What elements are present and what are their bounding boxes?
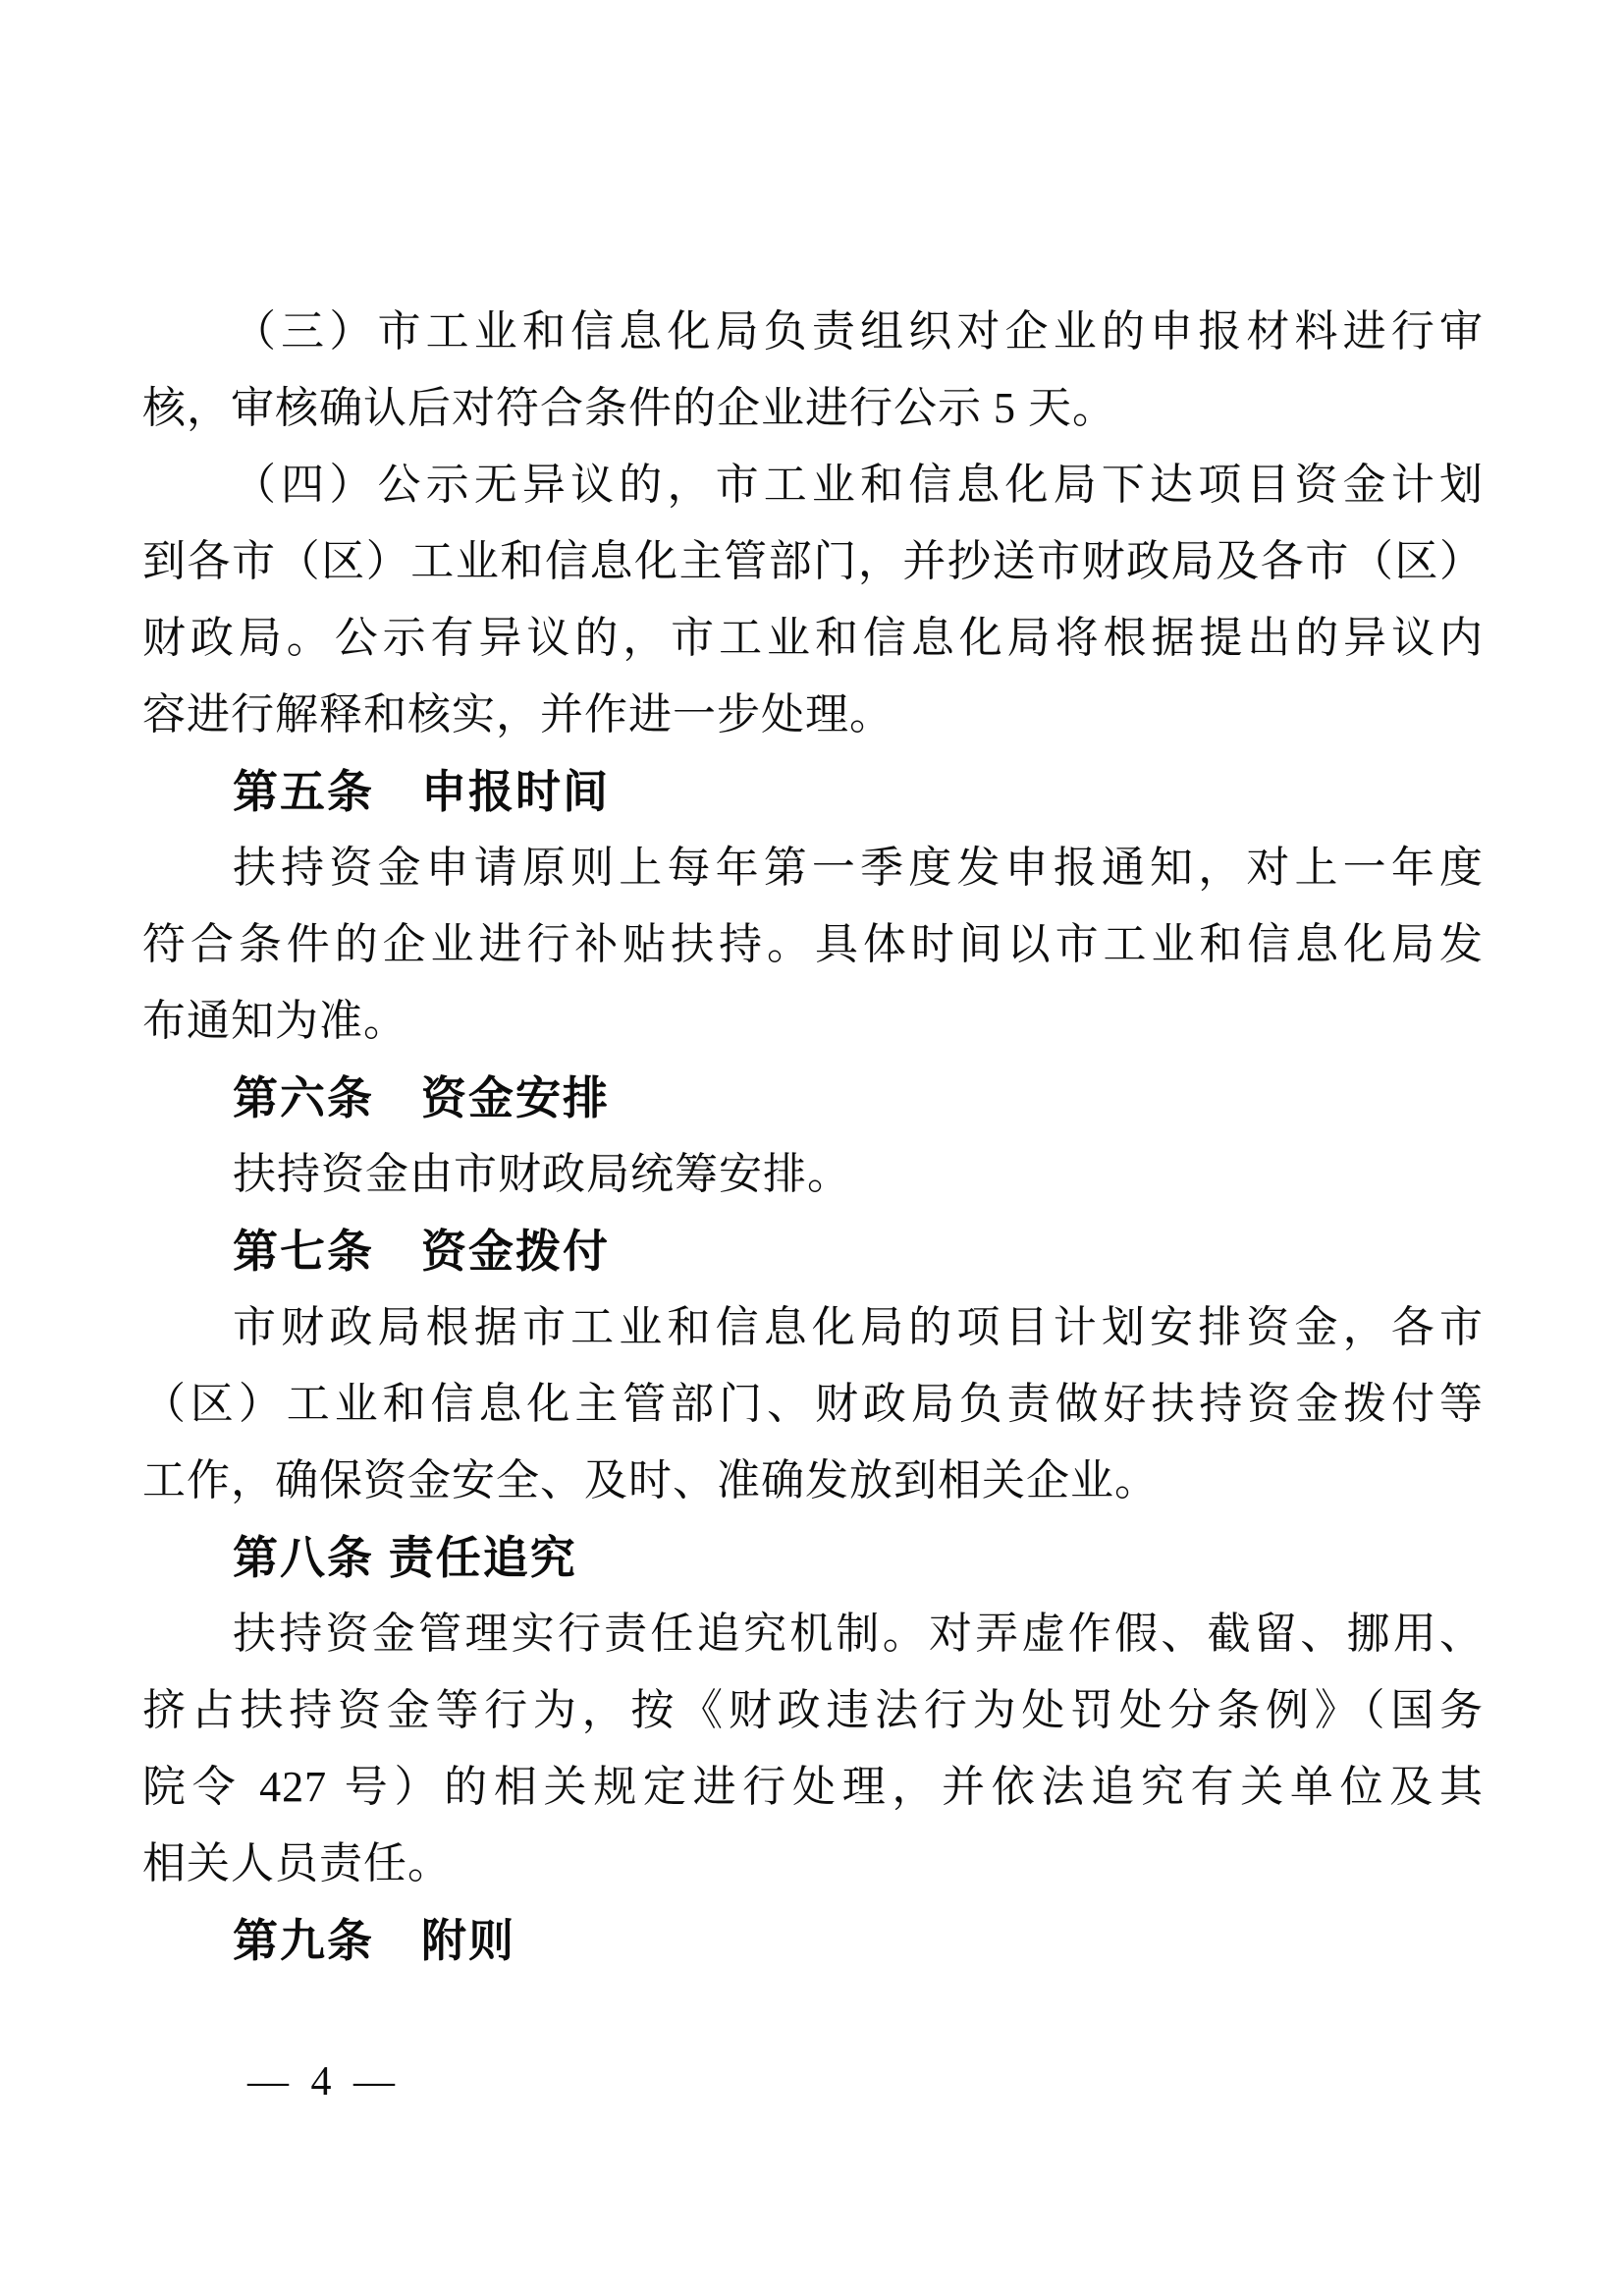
paragraph: 扶持资金申请原则上每年第一季度发申报通知，对上一年度符合条件的企业进行补贴扶持。… xyxy=(142,830,1484,1060)
text-line: 挤占扶持资金等行为，按《财政违法行为处罚处分条例》（国务 xyxy=(142,1672,1484,1749)
text-line: 符合条件的企业进行补贴扶持。具体时间以市工业和信息化局发 xyxy=(142,906,1484,983)
text-line: 扶持资金申请原则上每年第一季度发申报通知，对上一年度 xyxy=(142,830,1484,906)
text-line: 相关人员责任。 xyxy=(142,1826,1484,1902)
text-line: 市财政局根据市工业和信息化局的项目计划安排资金，各市 xyxy=(142,1289,1484,1366)
paragraph: 市财政局根据市工业和信息化局的项目计划安排资金，各市（区）工业和信息化主管部门、… xyxy=(142,1289,1484,1519)
paragraph: 扶持资金由市财政局统筹安排。 xyxy=(142,1136,1484,1213)
section-heading: 第六条 资金安排 xyxy=(142,1060,1484,1136)
section-heading: 第九条 附则 xyxy=(142,1902,1484,1979)
document-content: （三）市工业和信息化局负责组织对企业的申报材料进行审核，审核确认后对符合条件的企… xyxy=(142,294,1484,1979)
text-line: 到各市（区）工业和信息化主管部门，并抄送市财政局及各市（区） xyxy=(142,523,1484,600)
paragraph: （三）市工业和信息化局负责组织对企业的申报材料进行审核，审核确认后对符合条件的企… xyxy=(142,294,1484,447)
text-line: 工作，确保资金安全、及时、准确发放到相关企业。 xyxy=(142,1443,1484,1519)
text-line: 容进行解释和核实，并作进一步处理。 xyxy=(142,677,1484,753)
section-heading: 第八条 责任追究 xyxy=(142,1519,1484,1596)
text-line: （区）工业和信息化主管部门、财政局负责做好扶持资金拨付等 xyxy=(142,1366,1484,1443)
section-heading: 第五条 申报时间 xyxy=(142,753,1484,830)
section-heading: 第七条 资金拨付 xyxy=(142,1213,1484,1289)
text-line: 扶持资金管理实行责任追究机制。对弄虚作假、截留、挪用、 xyxy=(142,1596,1484,1672)
text-line: 布通知为准。 xyxy=(142,983,1484,1060)
paragraph: 扶持资金管理实行责任追究机制。对弄虚作假、截留、挪用、挤占扶持资金等行为，按《财… xyxy=(142,1596,1484,1902)
text-line: 财政局。公示有异议的，市工业和信息化局将根据提出的异议内 xyxy=(142,600,1484,677)
text-line: （四）公示无异议的，市工业和信息化局下达项目资金计划 xyxy=(142,447,1484,523)
page-number: — 4 — xyxy=(247,2059,401,2105)
text-line: 院令 427 号）的相关规定进行处理，并依法追究有关单位及其 xyxy=(142,1749,1484,1826)
text-line: 核，审核确认后对符合条件的企业进行公示 5 天。 xyxy=(142,370,1484,447)
text-line: 扶持资金由市财政局统筹安排。 xyxy=(142,1136,1484,1213)
text-line: （三）市工业和信息化局负责组织对企业的申报材料进行审 xyxy=(142,294,1484,370)
document-page: （三）市工业和信息化局负责组织对企业的申报材料进行审核，审核确认后对符合条件的企… xyxy=(0,0,1623,2296)
paragraph: （四）公示无异议的，市工业和信息化局下达项目资金计划到各市（区）工业和信息化主管… xyxy=(142,447,1484,753)
page-footer: — 4 — xyxy=(247,2044,401,2120)
